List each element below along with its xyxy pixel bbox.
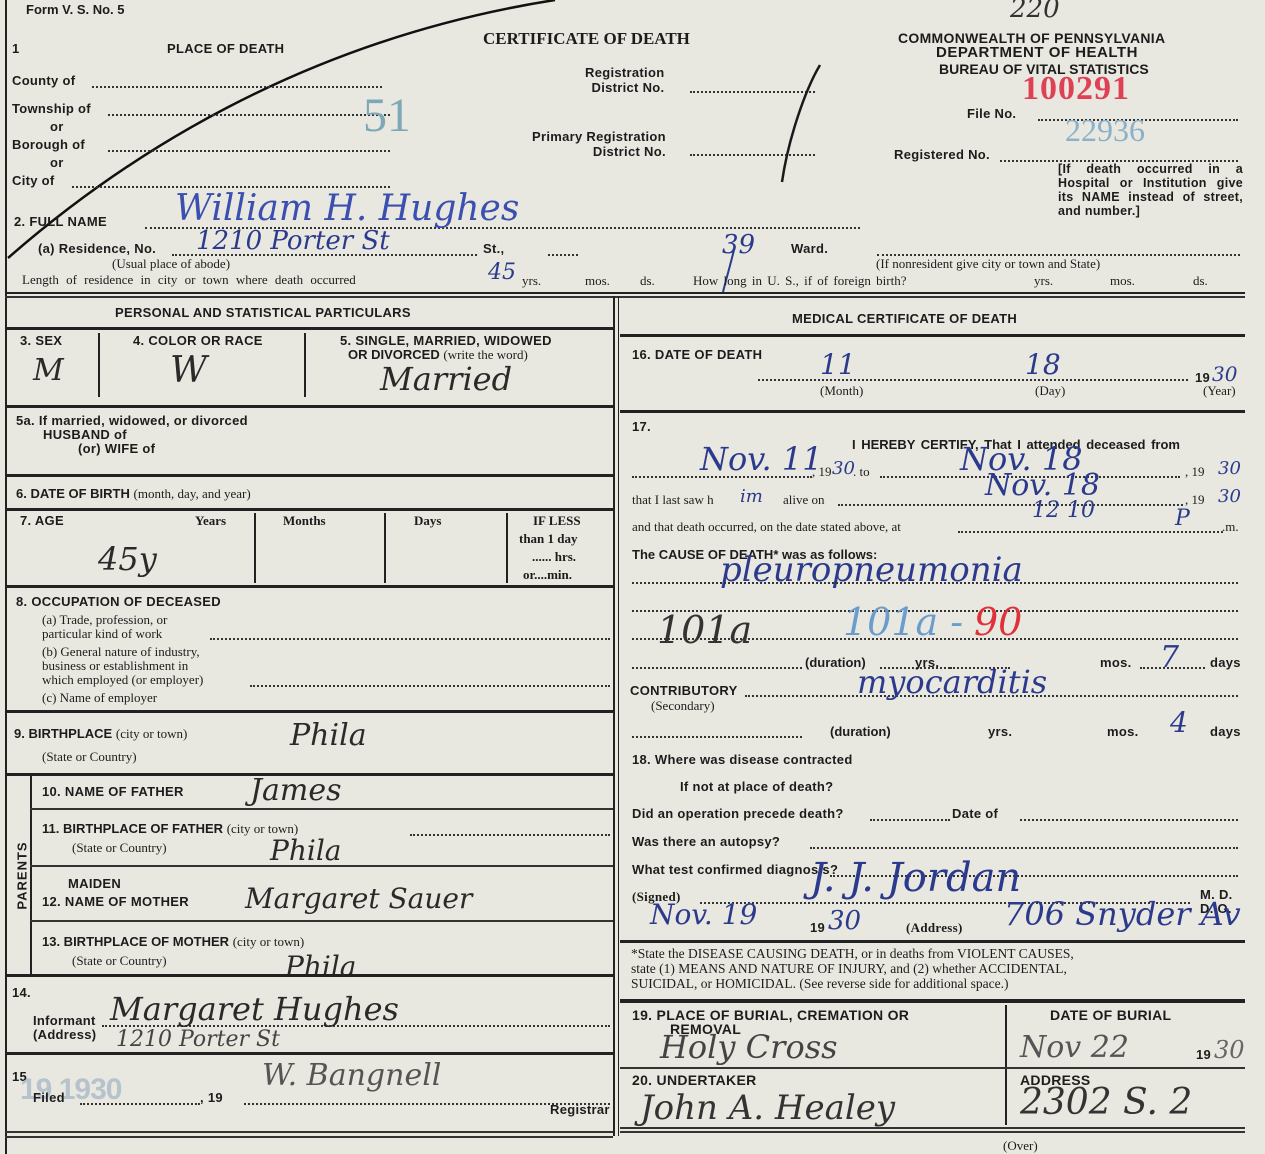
year-to: 30	[1218, 458, 1241, 479]
filed-label: Filed	[33, 1090, 65, 1105]
to-label: . to	[853, 464, 870, 480]
father-label: 10. NAME OF FATHER	[42, 784, 184, 799]
county-label: County of	[12, 73, 75, 88]
divider-bottom-right	[620, 1127, 1245, 1129]
divider-main-top	[5, 292, 1245, 294]
borough-field[interactable]	[108, 150, 390, 152]
occ-c-field[interactable]	[220, 688, 610, 706]
father-bp-note-2: (State or Country)	[72, 840, 167, 856]
burial-divider	[1005, 1005, 1007, 1125]
informant-address-value: 1210 Porter St	[116, 1027, 280, 1052]
registered-no-label: Registered No.	[894, 147, 990, 162]
year-from: 30	[832, 458, 855, 479]
occ-b-3: which employed (or employer)	[42, 672, 203, 688]
occ-b-field[interactable]	[250, 685, 610, 687]
burial-year-prefix: 19	[1196, 1047, 1211, 1062]
mother-bp-note-2: (State or Country)	[72, 953, 167, 969]
form-number: Form V. S. No. 5	[26, 2, 125, 17]
undertaker-label: 20. UNDERTAKER	[632, 1072, 757, 1088]
medical-section-title: MEDICAL CERTIFICATE OF DEATH	[792, 311, 1017, 326]
informant-address-label: (Address)	[33, 1027, 96, 1042]
or-label-1: or	[50, 119, 64, 134]
divider-signed	[620, 940, 1245, 943]
death-time: 12 10	[1032, 498, 1095, 523]
spouse-field[interactable]	[200, 430, 600, 460]
parents-divider	[30, 776, 32, 974]
test-label: What test confirmed diagnosis?	[632, 862, 838, 877]
reg-district-label-2: District No.	[585, 80, 664, 95]
length-residence-label: Length of residence in city or town wher…	[22, 272, 356, 288]
burial-date-label: DATE OF BURIAL	[1050, 1007, 1171, 1023]
dob-row: 6. DATE OF BIRTH (month, day, and year)	[16, 486, 251, 502]
place-of-death-title: PLACE OF DEATH	[167, 41, 284, 56]
sex-label: 3. SEX	[20, 333, 62, 348]
age-less-2: than 1 day	[519, 531, 578, 547]
divider-footnote	[620, 999, 1245, 1003]
township-label: Township of	[12, 101, 91, 116]
dod-label: 16. DATE OF DEATH	[632, 347, 762, 362]
file-no-label: File No.	[967, 106, 1016, 121]
dod-day: 18	[1025, 348, 1061, 381]
divider-medical	[620, 334, 1245, 337]
mother-bp-row: 13. BIRTHPLACE OF MOTHER (city or town)	[42, 934, 304, 950]
duration2-field-lead[interactable]	[632, 736, 802, 738]
spouse-label-2: HUSBAND of	[43, 427, 127, 442]
age-days-label: Days	[414, 513, 441, 529]
cause-field-1[interactable]	[632, 582, 1238, 584]
dod-month: 11	[820, 348, 856, 381]
undertaker-value: John A. Healey	[640, 1088, 895, 1128]
duration2-label: (duration)	[830, 724, 891, 739]
father-bp-label: 11. BIRTHPLACE OF FATHER	[42, 821, 223, 836]
foreign-yrs: yrs.	[1034, 273, 1053, 289]
operation-field[interactable]	[870, 819, 950, 821]
full-name-value: William H. Hughes	[175, 188, 519, 229]
last-saw-label: that I last saw h	[632, 492, 714, 508]
stamp-51: 51	[363, 88, 411, 143]
birthplace-value: Phila	[290, 718, 367, 753]
divider-personal	[5, 327, 613, 330]
hospital-note: [If death occurred in a Hospital or Inst…	[1058, 162, 1243, 218]
divider-age	[5, 585, 613, 588]
personal-section-title: PERSONAL AND STATISTICAL PARTICULARS	[115, 305, 411, 320]
code-blue: 101a -	[843, 600, 963, 644]
duration-field-lead[interactable]	[632, 667, 802, 669]
race-divider	[304, 333, 306, 397]
last-saw-pronoun: im	[740, 486, 763, 507]
township-field[interactable]	[108, 114, 390, 116]
item-18-label: 18. Where was disease contracted	[632, 752, 853, 767]
footnote-1: *State the DISEASE CAUSING DEATH, or in …	[631, 946, 1074, 962]
death-occurred-label: and that death occurred, on the date sta…	[632, 519, 901, 535]
age-years-label: Years	[195, 513, 226, 529]
footnote-2: state (1) MEANS AND NATURE OF INJURY, an…	[631, 961, 1067, 977]
father-bp-value: Phila	[270, 834, 341, 867]
center-divider	[613, 296, 615, 1136]
foreign-birth-label: How long in U. S., if of foreign birth?	[693, 273, 907, 289]
divider-bottom-right-2	[620, 1131, 1245, 1133]
date-of-label: Date of	[952, 806, 998, 821]
age-div-2	[384, 513, 386, 583]
mother-maiden-label: MAIDEN	[68, 876, 121, 891]
divider-occupation	[5, 710, 613, 713]
occupation-label: 8. OCCUPATION OF DECEASED	[16, 594, 221, 609]
duration2-mos: mos.	[1107, 724, 1139, 739]
father-bp-field[interactable]	[410, 834, 610, 836]
primary-reg-label-2: District No.	[532, 144, 666, 159]
divider-father-bp	[30, 865, 613, 867]
length-residence-value: 45	[488, 260, 516, 285]
divider-bottom-left-2	[5, 1136, 613, 1138]
footnote-3: SUICIDAL, or HOMICIDAL. (See reverse sid…	[631, 976, 1009, 992]
last-saw-field[interactable]	[838, 504, 1183, 506]
sex-value: M	[33, 353, 64, 388]
last-saw-year: 30	[1218, 486, 1241, 507]
age-months-label: Months	[283, 513, 326, 529]
age-div-1	[254, 513, 256, 583]
item-18-sub: If not at place of death?	[680, 779, 833, 794]
duration-days-value: 7	[1160, 640, 1179, 675]
birthplace-label: 9. BIRTHPLACE	[14, 726, 112, 741]
county-field[interactable]	[92, 86, 382, 88]
over-label: (Over)	[1003, 1138, 1038, 1154]
informant-value: Margaret Hughes	[110, 990, 399, 1028]
filed-19: , 19	[200, 1090, 223, 1105]
signed-value: J. J. Jordan	[810, 855, 1021, 901]
filed-date-field[interactable]	[80, 1103, 200, 1105]
signed-year-prefix: 19	[810, 920, 825, 935]
mother-bp-label: 13. BIRTHPLACE OF MOTHER	[42, 934, 229, 949]
full-name-label: 2. FULL NAME	[14, 214, 107, 229]
sex-divider	[98, 333, 100, 397]
dob-field[interactable]	[360, 480, 600, 504]
duration-days: days	[1210, 655, 1241, 670]
burial-date-value: Nov 22	[1020, 1030, 1129, 1065]
parents-label: PARENTS	[15, 841, 30, 909]
age-less-4: or....min.	[523, 567, 572, 583]
month-note: (Month)	[820, 383, 863, 399]
attended-from-value: Nov. 11	[700, 440, 823, 478]
duration2-days-value: 4	[1170, 706, 1188, 739]
m-label: .m.	[1222, 519, 1239, 535]
file-stamp-number: 22936	[1065, 112, 1145, 149]
year-from-prefix: , 19	[812, 464, 832, 480]
code-red: 90	[974, 600, 1022, 644]
marital-label-1: 5. SINGLE, MARRIED, WIDOWED	[340, 333, 552, 348]
primary-reg-label: Primary Registration District No.	[532, 129, 666, 159]
occ-c: (c) Name of employer	[42, 690, 157, 706]
item-17: 17.	[632, 419, 651, 434]
length-mos: mos.	[585, 273, 610, 289]
dob-label: 6. DATE OF BIRTH	[16, 486, 130, 501]
duration-mos: mos.	[1100, 655, 1132, 670]
mother-value: Margaret Sauer	[245, 882, 472, 915]
divider-bottom-left	[5, 1131, 613, 1133]
occ-a-2: particular kind of work	[42, 626, 162, 642]
nonresident-note: (If nonresident give city or town and St…	[876, 256, 1100, 272]
physician-address: 706 Snyder Av	[1004, 895, 1241, 933]
handwritten-slash-mark	[770, 60, 830, 190]
birthplace-note-2: (State or Country)	[42, 749, 137, 765]
year-to-prefix: , 19	[1185, 464, 1205, 480]
duration2-yrs: yrs.	[988, 724, 1012, 739]
city-label: City of	[12, 173, 55, 188]
informant-no: 14.	[12, 985, 31, 1000]
marital-value: Married	[380, 360, 512, 398]
foreign-ds: ds.	[1193, 273, 1208, 289]
ward-field[interactable]	[548, 254, 578, 256]
burial-year: 30	[1214, 1036, 1245, 1064]
length-ds: ds.	[640, 273, 655, 289]
divider-dob	[5, 508, 613, 511]
ward-label: Ward.	[791, 241, 828, 256]
divider-spouse	[5, 474, 613, 477]
divider-main-top-2	[5, 296, 1245, 298]
alive-on-label: alive on	[783, 492, 825, 508]
divider-father	[30, 808, 613, 810]
signed-year: 30	[828, 906, 861, 936]
mother-bp-value: Phila	[285, 950, 356, 983]
mother-label: 12. NAME OF MOTHER	[42, 894, 189, 909]
length-yrs: yrs.	[522, 273, 541, 289]
race-value: W	[170, 350, 207, 391]
year-note: (Year)	[1203, 383, 1236, 399]
reg-district-label: Registration District No.	[585, 65, 664, 95]
burial-place-value: Holy Cross	[660, 1028, 838, 1066]
abode-note: (Usual place of abode)	[112, 256, 230, 272]
operation-date-field[interactable]	[1020, 819, 1238, 821]
borough-label: Borough of	[12, 137, 85, 152]
race-label: 4. COLOR OR RACE	[133, 333, 263, 348]
place-item-no: 1	[12, 41, 19, 56]
undertaker-address-value: 2302 S. 2	[1020, 1082, 1192, 1123]
primary-reg-label-1: Primary Registration	[532, 129, 666, 144]
age-div-3	[506, 513, 508, 583]
spouse-label-3: (or) WIFE of	[78, 441, 155, 456]
age-value: 45y	[98, 540, 157, 578]
registrar-signature: W. Bangnell	[262, 1058, 441, 1093]
informant-label: Informant	[33, 1013, 96, 1028]
divider-sex-row	[5, 405, 613, 408]
state-line-2: DEPARTMENT OF HEALTH	[936, 44, 1138, 61]
reg-district-label-1: Registration	[585, 65, 664, 80]
divider-mother	[30, 920, 613, 922]
divider-informant	[5, 1052, 613, 1055]
autopsy-field[interactable]	[810, 847, 1238, 849]
cause-value: pleuropneumonia	[720, 550, 1023, 590]
day-note: (Day)	[1035, 383, 1065, 399]
handwritten-220: 220	[1010, 0, 1060, 24]
residence-label: (a) Residence, No.	[38, 241, 156, 256]
death-time-field[interactable]	[958, 531, 1223, 533]
address-label: (Address)	[906, 920, 963, 936]
father-bp-row: 11. BIRTHPLACE OF FATHER (city or town)	[42, 821, 298, 837]
age-less-3: ...... hrs.	[532, 549, 576, 565]
birthplace-note-1: (city or town)	[116, 726, 187, 741]
residence-value: 1210 Porter St	[196, 226, 390, 256]
mother-bp-note-1: (city or town)	[233, 934, 304, 949]
or-label-2: or	[50, 155, 64, 170]
father-value: James	[250, 773, 342, 808]
contributory-label: CONTRIBUTORY	[630, 683, 738, 698]
autopsy-label: Was there an autopsy?	[632, 834, 780, 849]
birthplace-row: 9. BIRTHPLACE (city or town)	[14, 726, 187, 742]
dob-note: (month, day, and year)	[134, 486, 251, 501]
age-label: 7. AGE	[20, 513, 64, 528]
duration2-days: days	[1210, 724, 1241, 739]
certificate-title: CERTIFICATE OF DEATH	[483, 29, 690, 49]
divider-mother-bp	[5, 974, 613, 977]
occ-a-field[interactable]	[210, 638, 610, 640]
center-divider-2	[618, 296, 619, 1136]
age-less-1: IF LESS	[533, 513, 581, 529]
code-black: 101a	[657, 608, 752, 652]
death-ampm: P	[1175, 506, 1190, 531]
foreign-mos: mos.	[1110, 273, 1135, 289]
st-label: St.,	[483, 241, 504, 256]
operation-label: Did an operation precede death?	[632, 806, 844, 821]
spouse-label-1: 5a. If married, widowed, or divorced	[16, 413, 248, 428]
divider-dod	[620, 410, 1245, 413]
secondary-label: (Secondary)	[651, 698, 715, 714]
signed-date: Nov. 19	[650, 898, 757, 931]
contributory-value: myocarditis	[857, 663, 1047, 701]
divider-burial	[620, 1067, 1245, 1069]
registrar-label: Registrar	[550, 1102, 610, 1117]
red-stamp-number: 100291	[1022, 70, 1130, 108]
